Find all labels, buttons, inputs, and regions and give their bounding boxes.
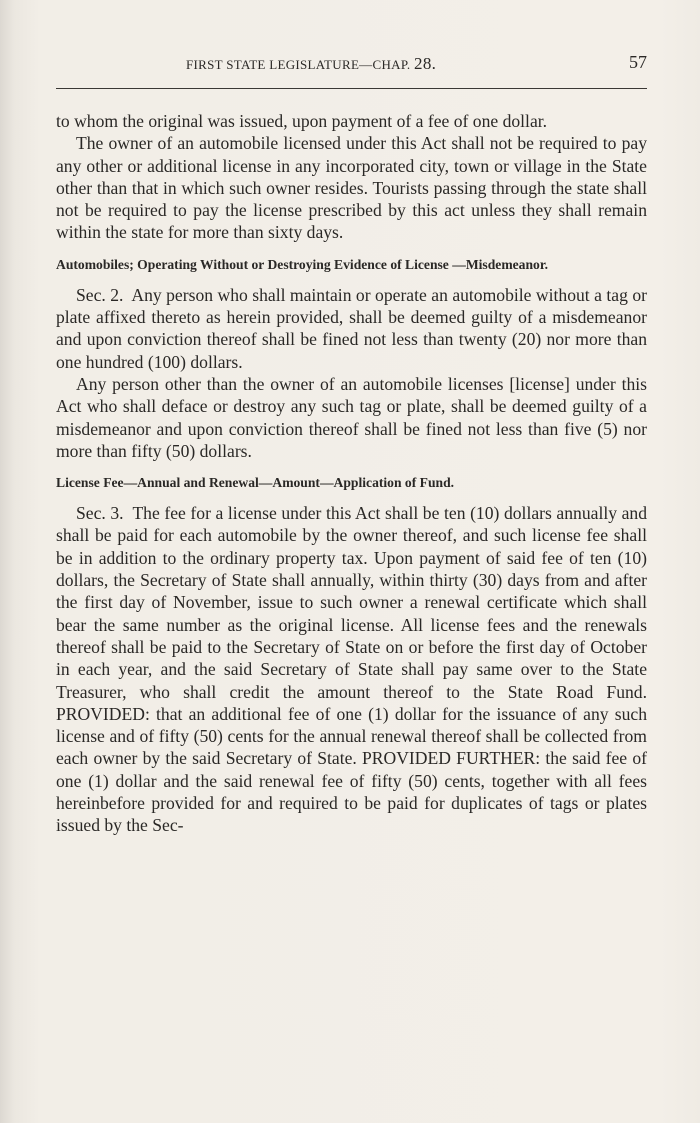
section-label-sec2: Sec. 2.: [76, 285, 123, 305]
paragraph-continuation: to whom the original was issued, upon pa…: [56, 110, 647, 132]
section-heading-sec2: Automobiles; Operating Without or Destro…: [56, 256, 647, 274]
running-title-text: FIRST STATE LEGISLATURE—CHAP.: [186, 57, 410, 72]
section-heading-sec3: License Fee—Annual and Renewal—Amount—Ap…: [56, 474, 647, 492]
paragraph-sec3: Sec. 3. The fee for a license under this…: [56, 502, 647, 836]
header-rule: [56, 88, 647, 89]
paragraph-sec2-deface: Any person other than the owner of an au…: [56, 373, 647, 462]
paragraph-owner-exemption: The owner of an automobile licensed unde…: [56, 132, 647, 243]
sec3-text: The fee for a license under this Act sha…: [56, 503, 647, 835]
running-header: FIRST STATE LEGISLATURE—CHAP. 28. 57: [56, 52, 647, 74]
section-label-sec3: Sec. 3.: [76, 503, 124, 523]
running-title: FIRST STATE LEGISLATURE—CHAP. 28.: [186, 54, 436, 74]
chapter-number: 28.: [414, 54, 436, 73]
paragraph-sec2: Sec. 2. Any person who shall maintain or…: [56, 284, 647, 373]
sec2-text: Any person who shall maintain or operate…: [56, 285, 647, 372]
body-text: to whom the original was issued, upon pa…: [56, 110, 647, 837]
page-number: 57: [629, 52, 647, 73]
